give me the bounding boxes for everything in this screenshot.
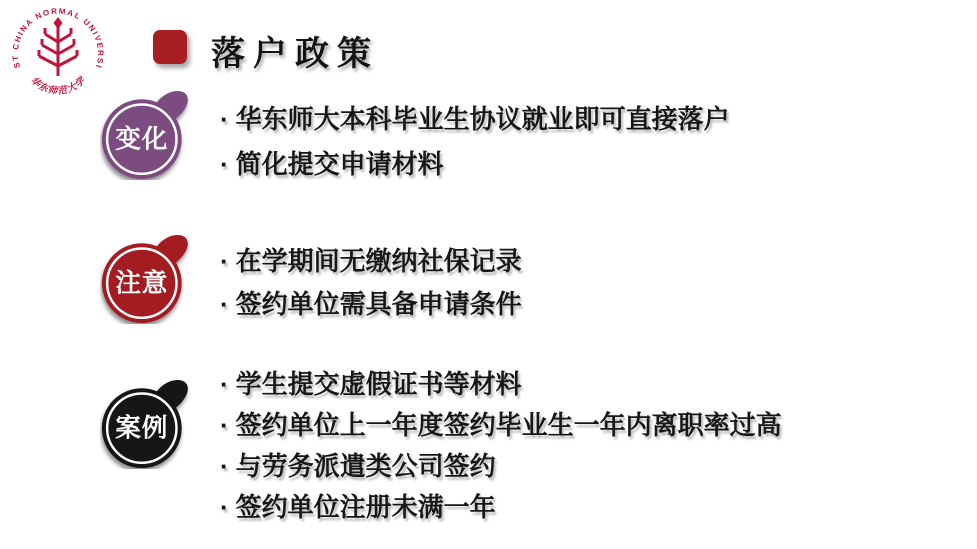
logo-bottom-script: 华东师范大学	[28, 74, 88, 97]
badge-label: 注意	[115, 269, 168, 298]
bullet-item: 签约单位注册未满一年	[220, 487, 782, 528]
bullet-list-cautions: 在学期间无缴纳社保记录 签约单位需具备申请条件	[220, 240, 522, 326]
title-accent-square	[153, 30, 187, 64]
bullet-list-cases: 学生提交虚假证书等材料 签约单位上一年度签约毕业生一年内离职率过高 与劳务派遣类…	[220, 364, 782, 528]
bullet-item: 签约单位需具备申请条件	[220, 283, 522, 326]
svg-text:华东师范大学: 华东师范大学	[28, 74, 88, 97]
bullet-item: 简化提交申请材料	[220, 142, 730, 187]
badge-bubble-cautions: 注意	[100, 229, 195, 324]
bullet-item: 在学期间无缴纳社保记录	[220, 240, 522, 283]
university-logo: EAST CHINA NORMAL UNIVERSITY 华东师范大学	[6, 2, 110, 102]
logo-tree-bud	[54, 17, 63, 29]
badge-bubble-cases: 案例	[100, 374, 195, 469]
bullet-list-changes: 华东师大本科毕业生协议就业即可直接落户 简化提交申请材料	[220, 97, 730, 187]
bullet-item: 学生提交虚假证书等材料	[220, 364, 782, 405]
badge-label: 变化	[115, 124, 168, 154]
bullet-item: 华东师大本科毕业生协议就业即可直接落户	[220, 97, 730, 142]
bullet-item: 与劳务派遣类公司签约	[220, 446, 782, 487]
logo-ring-text: EAST CHINA NORMAL UNIVERSITY	[6, 2, 105, 70]
logo-tree-icon	[39, 26, 77, 76]
slide-canvas: { "slide": { "logo": { "ring_text": "EAS…	[0, 0, 977, 549]
badge-label: 案例	[115, 414, 168, 443]
bullet-item: 签约单位上一年度签约毕业生一年内离职率过高	[220, 405, 782, 446]
badge-bubble-changes: 变化	[100, 85, 195, 180]
svg-text:EAST CHINA NORMAL UNIVERSITY: EAST CHINA NORMAL UNIVERSITY	[6, 2, 105, 70]
page-title: 落户政策	[211, 26, 379, 75]
